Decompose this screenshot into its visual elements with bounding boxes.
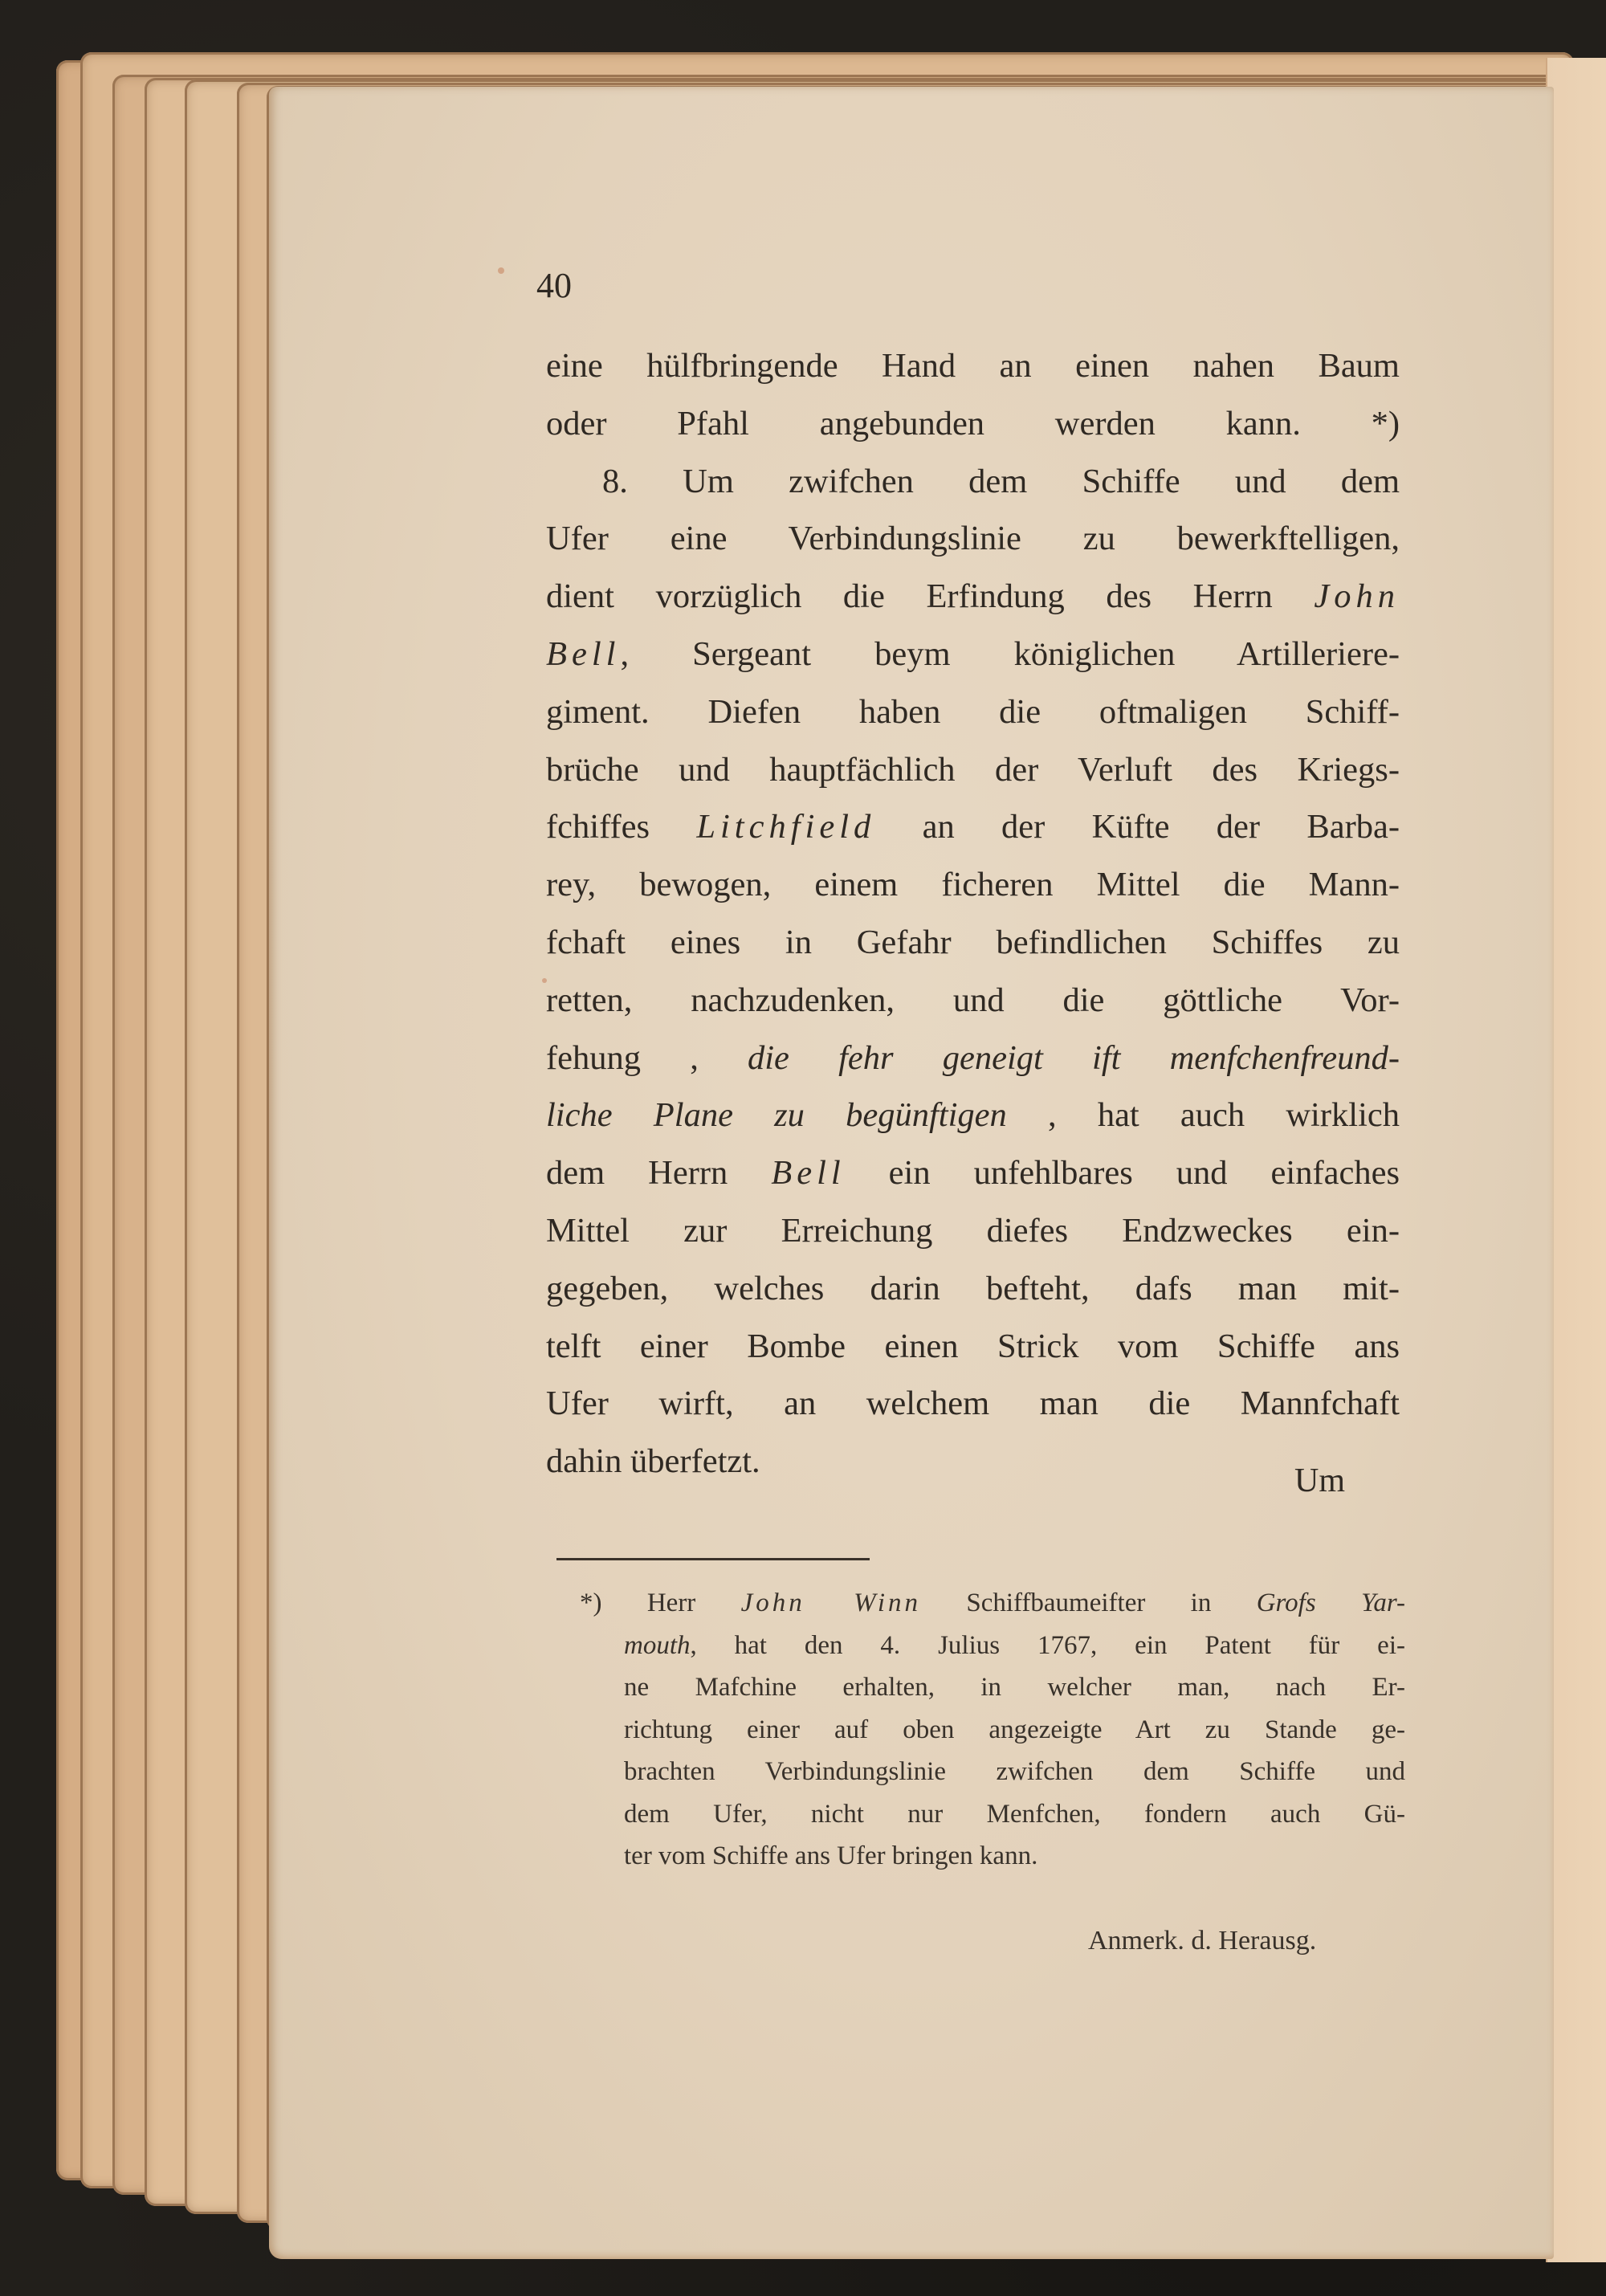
footnote-line: ter vom Schiffe ans Ufer bringen kann. — [580, 1835, 1405, 1878]
place-name-italic: Grofs Yar- — [1257, 1588, 1405, 1617]
text-line: liche Plane zu begünftigen , hat auch wi… — [546, 1087, 1400, 1144]
footnote-line: *) Herr John Winn Schiffbaumeifter in Gr… — [580, 1582, 1405, 1625]
text-line: fchiffes Litchfield an der Küfte der Bar… — [546, 798, 1400, 856]
facing-page-edge — [1546, 58, 1606, 2262]
text-line: fehung , die fehr geneigt ift menfchenfr… — [546, 1030, 1400, 1087]
text-line: rey, bewogen, einem ficheren Mittel die … — [546, 856, 1400, 914]
text-line: fchaft eines in Gefahr befindlichen Schi… — [546, 914, 1400, 972]
footnote-separator-rule — [556, 1558, 870, 1560]
footnote-line: brachten Verbindungslinie zwifchen dem S… — [580, 1751, 1405, 1793]
text-line: oder Pfahl angebunden werden kann. *) — [546, 395, 1400, 453]
paragraph-start-line: 8. Um zwifchen dem Schiffe und dem — [546, 453, 1400, 511]
text-line: brüche und hauptfächlich der Verluft des… — [546, 741, 1400, 799]
text-line: gegeben, welches darin befteht, dafs man… — [546, 1260, 1400, 1318]
footnote-line: mouth, hat den 4. Julius 1767, ein Paten… — [580, 1625, 1405, 1667]
text-line: telft einer Bombe einen Strick vom Schif… — [546, 1318, 1400, 1376]
text-line: Mittel zur Erreichung diefes Endzweckes … — [546, 1202, 1400, 1260]
name-emphasis: Bell — [546, 635, 620, 673]
catchword: Um — [1294, 1462, 1345, 1500]
text-line: retten, nachzudenken, und die göttliche … — [546, 972, 1400, 1030]
foxing-spot — [498, 267, 504, 274]
text-line: Bell, Sergeant beym königlichen Artiller… — [546, 626, 1400, 683]
italic-phrase: die fehr geneigt ift menfchenfreund- — [748, 1039, 1400, 1077]
ship-name-emphasis: Litchfield — [696, 808, 875, 846]
editor-note-signature: Anmerk. d. Herausg. — [1088, 1926, 1316, 1956]
text-line: dient vorzüglich die Erfindung des Herrn… — [546, 568, 1400, 626]
text-line: Ufer eine Verbindungslinie zu bewerkftel… — [546, 510, 1400, 568]
name-emphasis: John Winn — [741, 1588, 921, 1617]
text-line: giment. Diefen haben die oftmaligen Schi… — [546, 683, 1400, 741]
text-line: dem Herrn Bell ein unfehlbares und einfa… — [546, 1144, 1400, 1202]
footnote-block: *) Herr John Winn Schiffbaumeifter in Gr… — [580, 1582, 1405, 1878]
main-text-block: eine hülfbringende Hand an einen nahen B… — [546, 337, 1400, 1491]
text-line: Ufer wirft, an welchem man die Mannfchaf… — [546, 1375, 1400, 1433]
footnote-line: richtung einer auf oben angezeigte Art z… — [580, 1709, 1405, 1752]
paragraph-end-line: dahin überfetzt. — [546, 1433, 1400, 1491]
footnote-line: ne Mafchine erhalten, in welcher man, na… — [580, 1666, 1405, 1709]
italic-phrase: liche Plane zu begünftigen — [546, 1096, 1007, 1134]
page-number: 40 — [536, 265, 572, 306]
name-emphasis: John — [1314, 577, 1400, 615]
place-name-italic: mouth — [624, 1631, 691, 1660]
text-line: eine hülfbringende Hand an einen nahen B… — [546, 337, 1400, 395]
footnote-line: dem Ufer, nicht nur Menfchen, fondern au… — [580, 1793, 1405, 1836]
name-emphasis: Bell — [771, 1154, 845, 1192]
